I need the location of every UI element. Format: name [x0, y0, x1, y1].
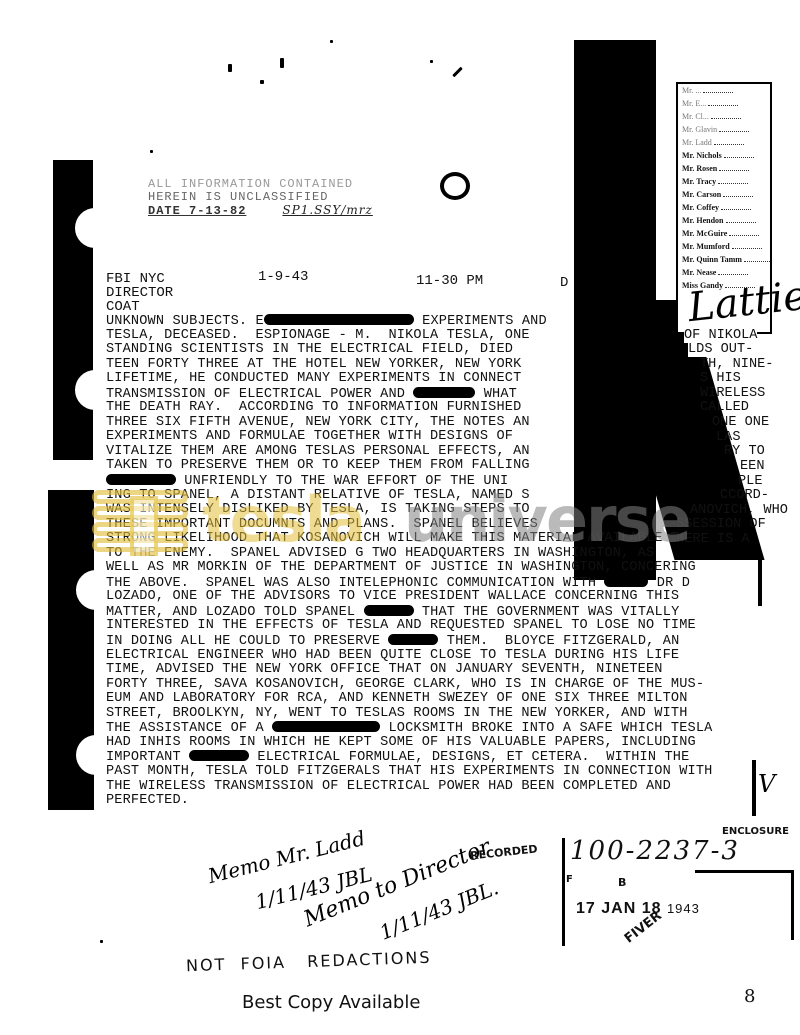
body-line: ING TO SPANEL, A DISTANT RELATIVE OF TES…	[106, 489, 766, 504]
routing-slip-item: Mr. Mumford	[678, 240, 770, 253]
routing-slip-item: Mr. Quinn Tamm	[678, 253, 770, 266]
right-column-fragment: LAS	[716, 430, 740, 445]
right-column-fragment: OF NIKOLA	[684, 328, 757, 343]
body-line: THE ABOVE. SPANEL WAS ALSO INTELEPHONIC …	[106, 576, 766, 591]
body-line: PAST MONTH, TESLA TOLD FITZGERALS THAT H…	[106, 765, 766, 780]
teletype-d-marker: D	[560, 276, 568, 291]
body-line: STREET, BROOLKYN, NY, WENT TO TESLAS ROO…	[106, 707, 766, 722]
page-number: 8	[744, 986, 755, 1007]
right-column-fragment: THERE IS A	[668, 532, 750, 547]
body-line: STANDING SCIENTISTS IN THE ELECTRICAL FI…	[106, 343, 766, 358]
redaction-bar	[604, 576, 648, 587]
file-b-marker: B	[618, 876, 626, 889]
body-line: WELL AS MR MORKIN OF THE DEPARTMENT OF J…	[106, 561, 766, 576]
right-column-fragment: S HIS	[700, 371, 741, 386]
redaction-bar	[413, 387, 475, 398]
right-column-fragment: CALLED	[700, 400, 749, 415]
scan-speck	[280, 58, 284, 68]
body-line: HAD INHIS ROOMS IN WHICH HE KEPT SOME OF…	[106, 736, 766, 751]
right-column-fragment: WIRELESS	[700, 386, 765, 401]
margin-bar	[758, 558, 762, 606]
body-line: UNFRIENDLY TO THE WAR EFFORT OF THE UNI	[106, 474, 766, 489]
body-line: TRANSMISSION OF ELECTRICAL POWER AND WHA…	[106, 387, 766, 402]
body-line: VITALIZE THEM ARE AMONG TESLAS PERSONAL …	[106, 445, 766, 460]
punch-hole	[75, 208, 115, 248]
body-line: PERFECTED.	[106, 794, 766, 809]
routing-slip-item: Mr. Glavin	[678, 123, 770, 136]
declass-date: DATE 7-13-82	[148, 204, 246, 218]
scan-speck	[150, 150, 153, 153]
routing-slip-item: Mr. Hendon	[678, 214, 770, 227]
margin-mark: V	[758, 770, 775, 798]
teletype-date: 1-9-43	[258, 270, 308, 285]
redaction-bar	[106, 474, 176, 485]
body-line: LOZADO, ONE OF THE ADVISORS TO VICE PRES…	[106, 590, 766, 605]
body-line: TESLA, DECEASED. ESPIONAGE - M. NIKOLA T…	[106, 329, 766, 344]
right-column-fragment: TH, NINE-	[700, 357, 773, 372]
body-line: THREE SIX FIFTH AVENUE, NEW YORK CITY, T…	[106, 416, 766, 431]
body-line: INTERESTED IN THE EFFECTS OF TESLA AND R…	[106, 619, 766, 634]
routing-slip-item: Mr. Tracy	[678, 175, 770, 188]
received-date-stamp: 17 JAN 18 1943	[576, 900, 700, 918]
right-column-fragment: ONE ONE	[712, 415, 769, 430]
right-column-fragment: EEN	[740, 459, 764, 474]
file-number: 100-2237-3	[570, 836, 740, 866]
right-column-fragment: RY TO	[724, 444, 765, 459]
body-line: TAKEN TO PRESERVE THEM OR TO KEEP THEM F…	[106, 459, 766, 474]
body-line: THESE IMPORTANT DOCUMNTS AND PLANS. SPAN…	[106, 518, 766, 533]
routing-slip-item: Mr. Carson	[678, 188, 770, 201]
body-line: WAS INTENSELY DISLIKED BY TESLA, IS TAKI…	[106, 503, 766, 518]
file-f-marker: F	[566, 874, 573, 885]
scan-speck	[452, 67, 463, 78]
body-line: TO THE ENEMY. SPANEL ADVISED G TWO HEADQ…	[106, 547, 766, 562]
body-line: THE DEATH RAY. ACCORDING TO INFORMATION …	[106, 401, 766, 416]
redaction-bar	[189, 750, 249, 761]
routing-slip-item: Mr. Coffey	[678, 201, 770, 214]
body-line: EXPERIMENTS AND FORMULAE TOGETHER WITH D…	[106, 430, 766, 445]
routing-slip-item: Mr. Cl...	[678, 110, 770, 123]
body-line: FORTY THREE, SAVA KOSANOVICH, GEORGE CLA…	[106, 678, 766, 693]
redaction-bar	[388, 634, 438, 645]
right-column-fragment: CCORD-	[720, 488, 769, 503]
teletype-via: COAT	[106, 300, 140, 315]
body-line: ELECTRICAL ENGINEER WHO HAD BEEN QUITE C…	[106, 649, 766, 664]
scan-speck	[330, 40, 333, 43]
routing-slip-item: Mr. E...	[678, 97, 770, 110]
body-line: MATTER, AND LOZADO TOLD SPANEL THAT THE …	[106, 605, 766, 620]
declassification-stamp: ALL INFORMATION CONTAINED HEREIN IS UNCL…	[148, 178, 373, 218]
routing-slip-item: Mr. McGuire	[678, 227, 770, 240]
redaction-bar	[264, 314, 414, 325]
body-line: EUM AND LABORATORY FOR RCA, AND KENNETH …	[106, 692, 766, 707]
scanned-document-page: ALL INFORMATION CONTAINED HEREIN IS UNCL…	[0, 0, 800, 1035]
body-line: LIFETIME, HE CONDUCTED MANY EXPERIMENTS …	[106, 372, 766, 387]
right-column-fragment: SSESSION OF	[676, 517, 766, 532]
routing-slip-item: Mr. Rosen	[678, 162, 770, 175]
received-year: 1943	[667, 901, 700, 916]
right-column-fragment: ANOVICH, WHO	[690, 503, 788, 518]
scan-speck	[430, 60, 433, 63]
routing-slip-item: Mr. ...	[678, 84, 770, 97]
not-foia-note: NOT FOIA REDACTIONS	[186, 948, 432, 976]
binder-hole-strip-top	[53, 160, 93, 460]
margin-bracket	[752, 760, 756, 816]
scan-speck	[100, 940, 103, 943]
right-column-fragment: PLE	[738, 474, 762, 489]
routing-slip-item: Mr. Ladd	[678, 136, 770, 149]
body-line: TIME, ADVISED THE NEW YORK OFFICE THAT O…	[106, 663, 766, 678]
body-line: STRONG LIKELIHOOD THAT KOSANOVICH WILL M…	[106, 532, 766, 547]
body-line: THE WIRELESS TRANSMISSION OF ELECTRICAL …	[106, 780, 766, 795]
declass-initials: SP1.SSY/mrz	[282, 203, 372, 217]
body-line: IN DOING ALL HE COULD TO PRESERVE THEM. …	[106, 634, 766, 649]
scan-speck	[228, 64, 232, 72]
body-line: TEEN FORTY THREE AT THE HOTEL NEW YORKER…	[106, 358, 766, 373]
routing-slip-item: Mr. Nichols	[678, 149, 770, 162]
teletype-body: UNKNOWN SUBJECTS. E EXPERIMENTS ANDTESLA…	[106, 314, 766, 809]
body-line: UNKNOWN SUBJECTS. E EXPERIMENTS AND	[106, 314, 766, 329]
body-line: IMPORTANT ELECTRICAL FORMULAE, DESIGNS, …	[106, 750, 766, 765]
circle-mark-icon	[440, 172, 470, 200]
right-column-fragment: LDS OUT-	[688, 342, 753, 357]
scan-speck	[260, 80, 264, 84]
teletype-time: 11-30 PM	[416, 274, 483, 289]
redaction-bar	[364, 605, 414, 616]
body-line: THE ASSISTANCE OF A LOCKSMITH BROKE INTO…	[106, 721, 766, 736]
best-copy-note: Best Copy Available	[242, 992, 420, 1013]
redaction-bar	[272, 721, 380, 732]
binder-hole-strip-bottom	[48, 490, 94, 810]
